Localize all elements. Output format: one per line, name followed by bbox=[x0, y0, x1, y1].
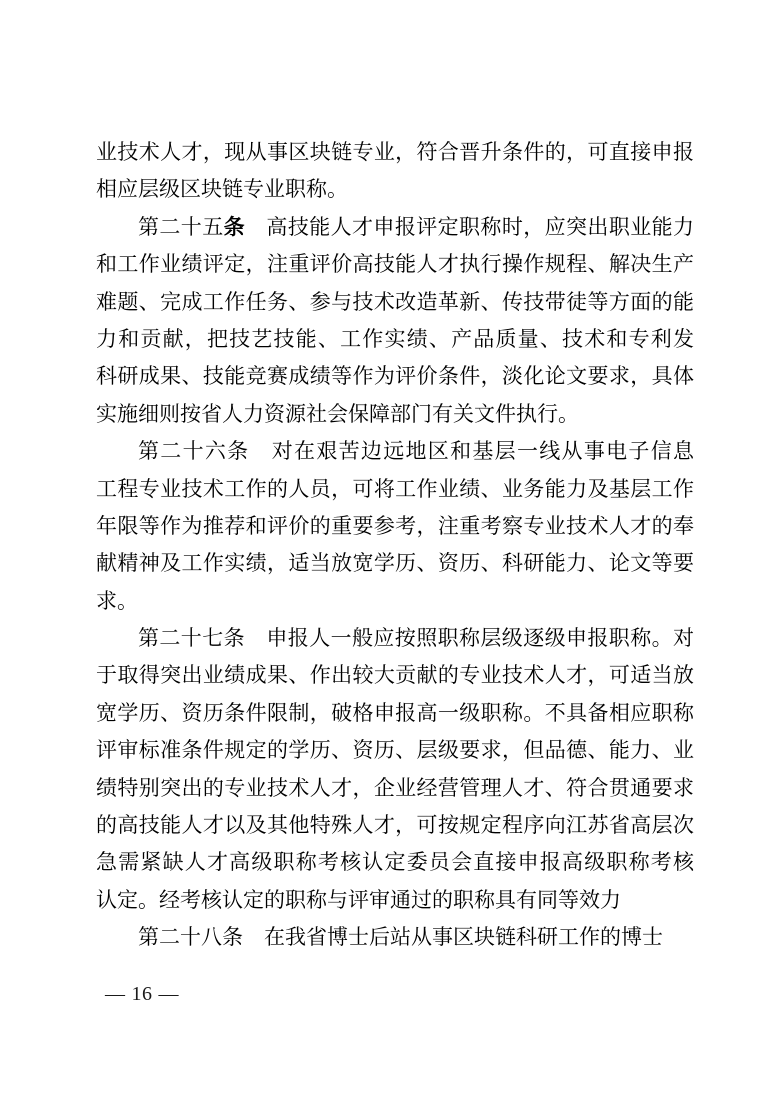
text-segment: 第二十五 bbox=[138, 216, 224, 239]
text-line: 宽学历、资历条件限制，破格申报高一级职称。不具备相应职称 bbox=[96, 695, 694, 732]
page-number-left-dash: — bbox=[99, 983, 132, 1005]
text-segment: 求。 bbox=[96, 590, 138, 613]
text-segment: 力和贡献，把技艺技能、工作实绩、产品质量、技术和专利发明、 bbox=[96, 328, 694, 358]
text-segment: 和工作业绩评定，注重评价高技能人才执行操作规程、解决生产 bbox=[96, 253, 694, 276]
text-segment: 献精神及工作实绩，适当放宽学历、资历、科研能力、论文等要 bbox=[96, 552, 694, 575]
document-body: 业技术人才，现从事区块链专业，符合晋升条件的，可直接申报相应层级区块链专业职称。… bbox=[96, 134, 694, 957]
text-segment: 第二十八条 在我省博士后站从事区块链科研工作的博士 bbox=[138, 926, 663, 949]
text-line: 年限等作为推荐和评价的重要参考，注重考察专业技术人才的奉 bbox=[96, 508, 694, 545]
page-number: —16— bbox=[99, 983, 185, 1006]
text-segment: 认定。经考核认定的职称与评审通过的职称具有同等效力 bbox=[96, 889, 621, 912]
text-line: 献精神及工作实绩，适当放宽学历、资历、科研能力、论文等要 bbox=[96, 545, 694, 582]
text-segment-bold: 条 bbox=[224, 216, 245, 239]
text-line: 的高技能人才以及其他特殊人才，可按规定程序向江苏省高层次 bbox=[96, 807, 694, 844]
text-segment: 的高技能人才以及其他特殊人才，可按规定程序向江苏省高层次 bbox=[96, 814, 694, 837]
text-line: 认定。经考核认定的职称与评审通过的职称具有同等效力 bbox=[96, 882, 694, 919]
text-segment: 相应层级区块链专业职称。 bbox=[96, 178, 348, 201]
text-line: 相应层级区块链专业职称。 bbox=[96, 171, 694, 208]
text-line: 第二十六条 对在艰苦边远地区和基层一线从事电子信息 bbox=[96, 433, 694, 470]
text-line: 求。 bbox=[96, 583, 694, 620]
text-segment: 难题、完成工作任务、参与技术改造革新、传技带徒等方面的能 bbox=[96, 291, 694, 314]
text-segment: 于取得突出业绩成果、作出较大贡献的专业技术人才，可适当放 bbox=[96, 664, 694, 687]
text-line: 绩特别突出的专业技术人才，企业经营管理人才、符合贯通要求 bbox=[96, 770, 694, 807]
text-segment: 第二十七条 申报人一般应按照职称层级逐级申报职称。对 bbox=[138, 627, 694, 650]
text-line: 于取得突出业绩成果、作出较大贡献的专业技术人才，可适当放 bbox=[96, 657, 694, 694]
text-segment: 年限等作为推荐和评价的重要参考，注重考察专业技术人才的奉 bbox=[96, 515, 694, 538]
text-segment: 工程专业技术工作的人员，可将工作业绩、业务能力及基层工作 bbox=[96, 478, 694, 501]
page-number-right-dash: — bbox=[153, 983, 186, 1005]
text-segment: 急需紧缺人才高级职称考核认定委员会直接申报高级职称考核 bbox=[96, 851, 694, 874]
text-line: 急需紧缺人才高级职称考核认定委员会直接申报高级职称考核 bbox=[96, 844, 694, 881]
text-line: 实施细则按省人力资源社会保障部门有关文件执行。 bbox=[96, 396, 694, 433]
text-line: 科研成果、技能竞赛成绩等作为评价条件，淡化论文要求，具体 bbox=[96, 358, 694, 395]
text-segment: 科研成果、技能竞赛成绩等作为评价条件，淡化论文要求，具体 bbox=[96, 365, 694, 388]
text-segment: 实施细则按省人力资源社会保障部门有关文件执行。 bbox=[96, 403, 579, 426]
text-line: 业技术人才，现从事区块链专业，符合晋升条件的，可直接申报 bbox=[96, 134, 694, 171]
text-line: 和工作业绩评定，注重评价高技能人才执行操作规程、解决生产 bbox=[96, 246, 694, 283]
text-segment: 第二十六条 对在艰苦边远地区和基层一线从事电子信息 bbox=[138, 440, 694, 463]
page-number-value: 16 bbox=[132, 983, 153, 1005]
text-line: 难题、完成工作任务、参与技术改造革新、传技带徒等方面的能 bbox=[96, 284, 694, 321]
text-segment: 绩特别突出的专业技术人才，企业经营管理人才、符合贯通要求 bbox=[96, 777, 694, 800]
text-line: 第二十七条 申报人一般应按照职称层级逐级申报职称。对 bbox=[96, 620, 694, 657]
text-segment: 高技能人才申报评定职称时，应突出职业能力 bbox=[245, 216, 694, 239]
text-segment: 宽学历、资历条件限制，破格申报高一级职称。不具备相应职称 bbox=[96, 702, 694, 725]
text-line: 第二十五条 高技能人才申报评定职称时，应突出职业能力 bbox=[96, 209, 694, 246]
document-page: 业技术人才，现从事区块链专业，符合晋升条件的，可直接申报相应层级区块链专业职称。… bbox=[0, 0, 777, 1099]
text-line: 工程专业技术工作的人员，可将工作业绩、业务能力及基层工作 bbox=[96, 471, 694, 508]
text-line: 力和贡献，把技艺技能、工作实绩、产品质量、技术和专利发明、 bbox=[96, 321, 694, 358]
text-segment: 业技术人才，现从事区块链专业，符合晋升条件的，可直接申报 bbox=[96, 141, 694, 164]
text-segment: 评审标准条件规定的学历、资历、层级要求，但品德、能力、业 bbox=[96, 739, 694, 762]
text-line: 评审标准条件规定的学历、资历、层级要求，但品德、能力、业 bbox=[96, 732, 694, 769]
text-line: 第二十八条 在我省博士后站从事区块链科研工作的博士 bbox=[96, 919, 694, 956]
